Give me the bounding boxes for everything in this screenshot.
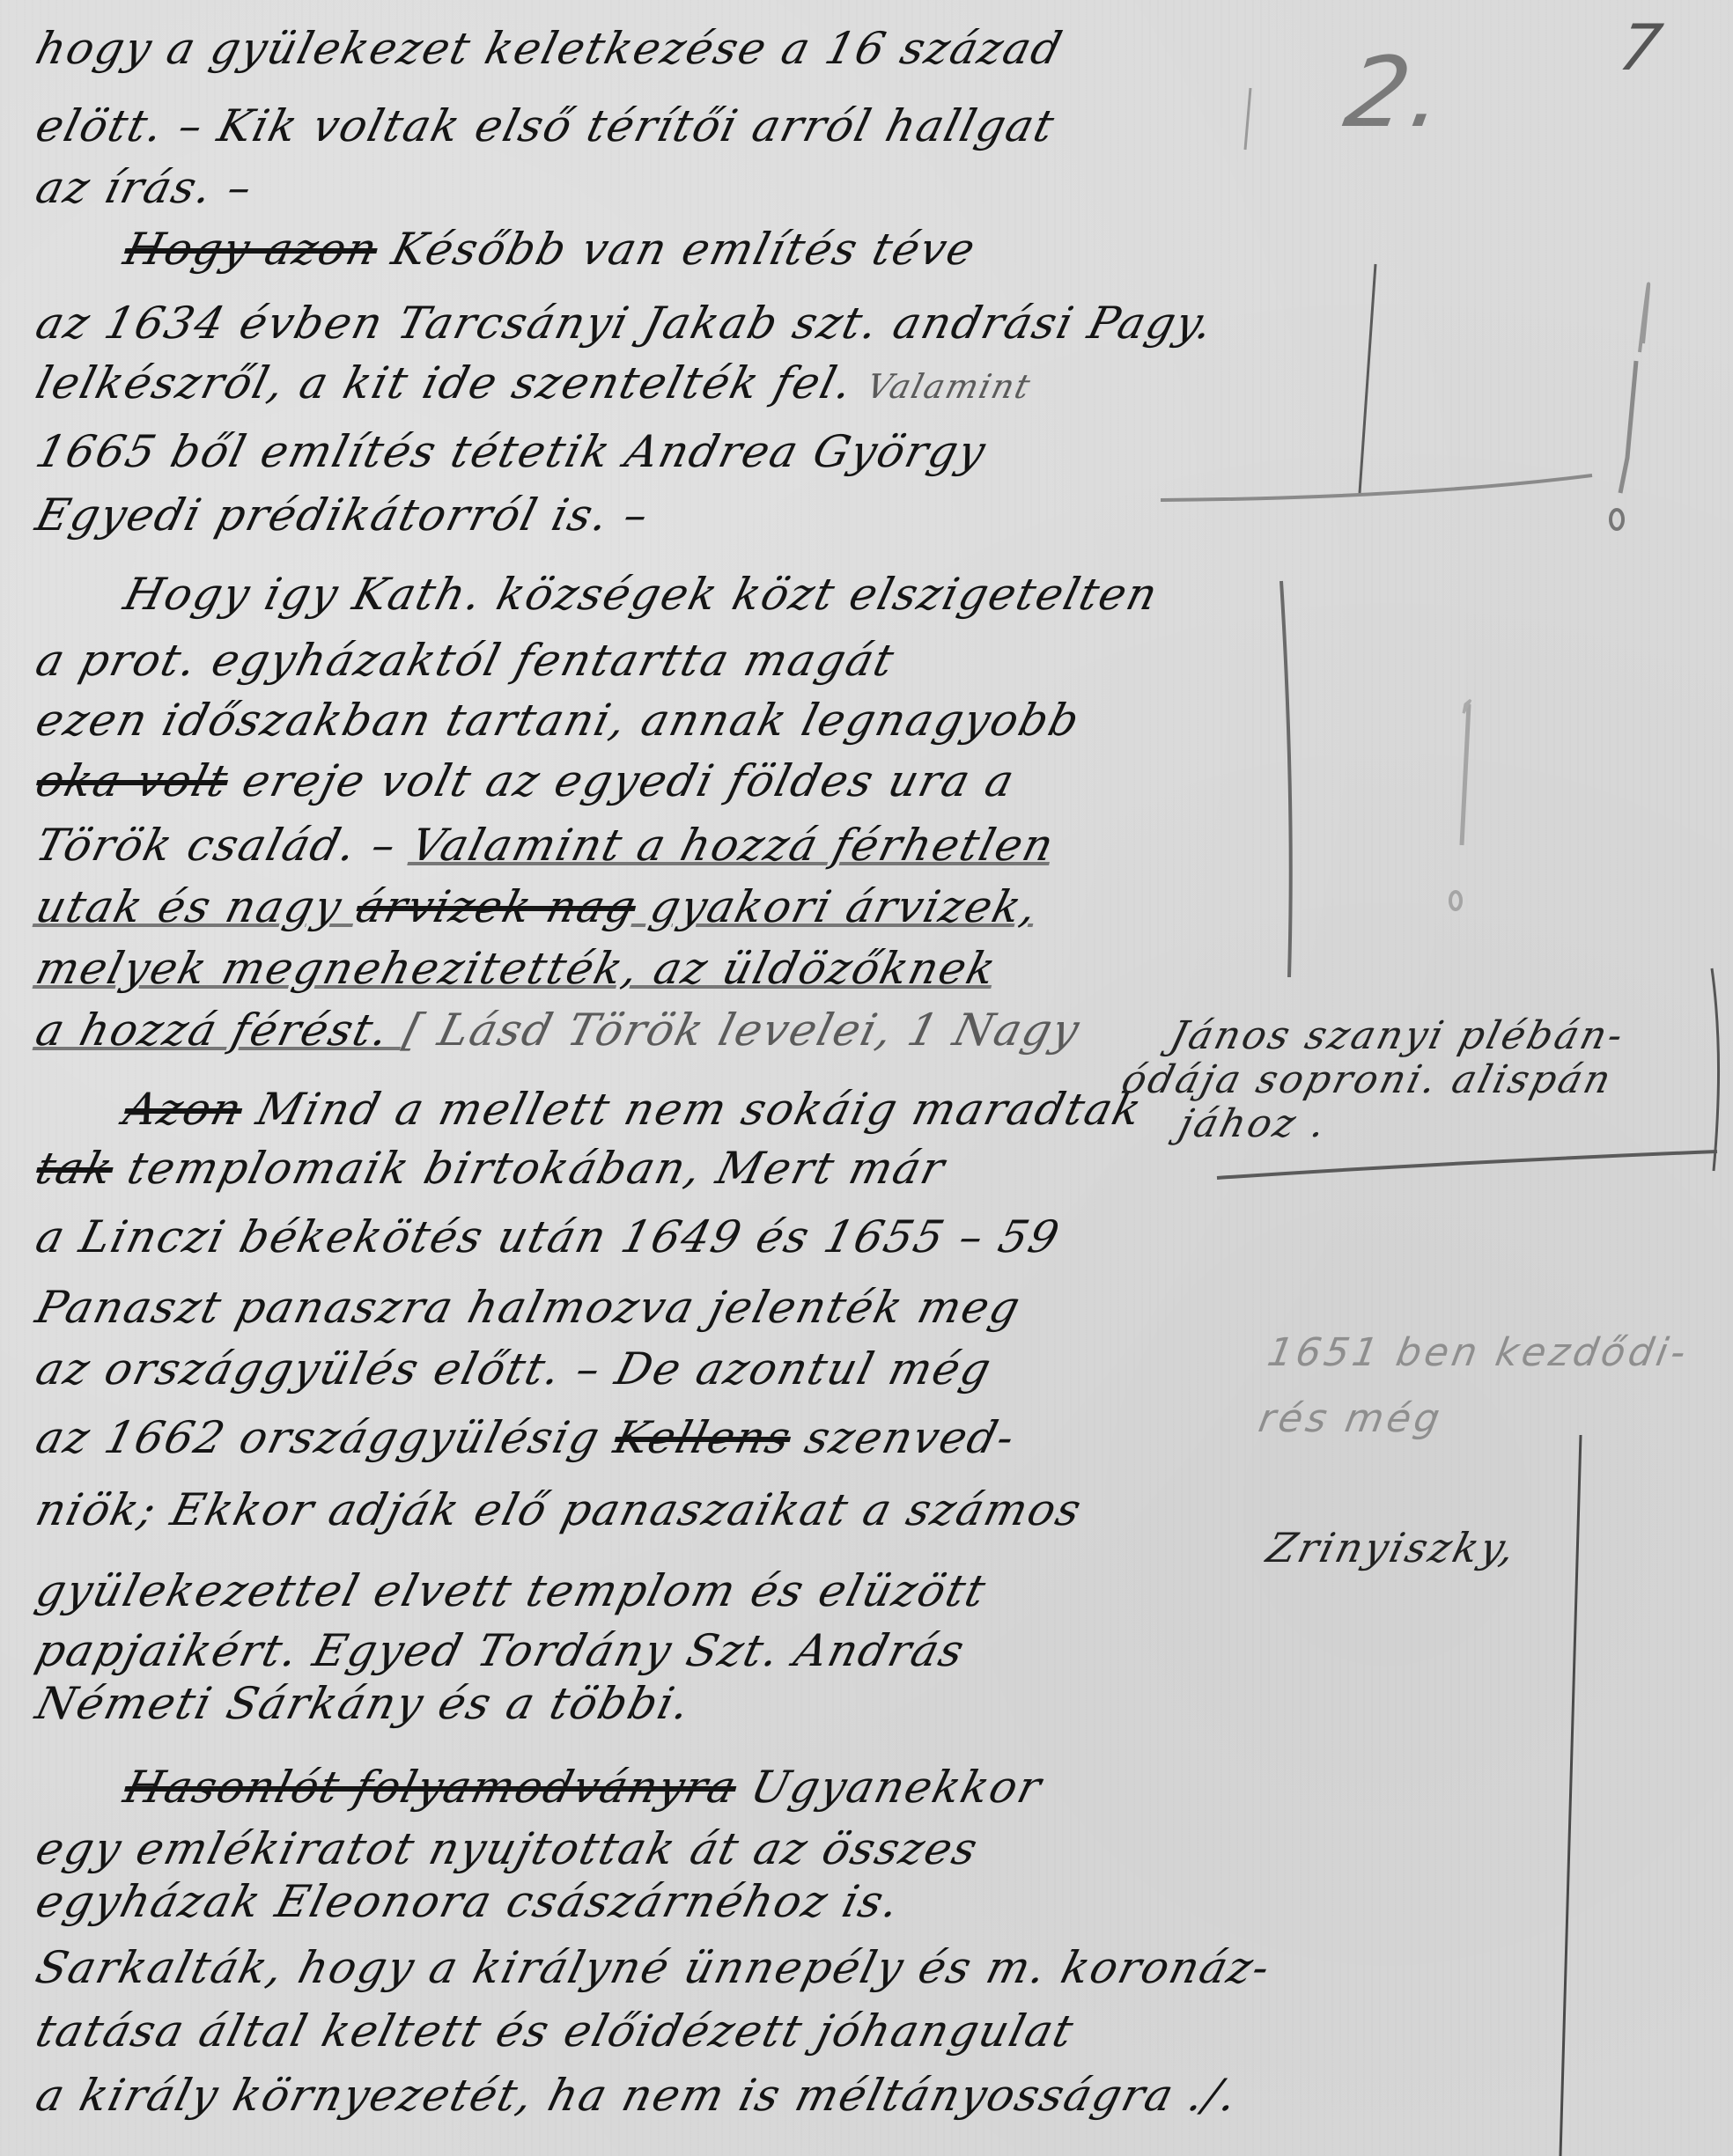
text-line-17: Azon Mind a mellett nem sokáig maradtak <box>32 1087 1147 1131</box>
margin-name-note: Zrinyiszky, <box>1263 1527 1522 1568</box>
text-line-27: Hasonlót folyamodványra Ugyanekkor <box>32 1765 1047 1809</box>
text-line-16: a hozzá férést. [ Lásd Török levelei, 1 … <box>32 1008 1085 1052</box>
text-line-12: oka volt ereje volt az egyedi földes ura… <box>32 759 1020 803</box>
text-line-15: melyek megnehezitették, az üldözőknek <box>32 946 1001 990</box>
text-line-9: Hogy igy Kath. községek közt elszigetelt… <box>32 572 1163 616</box>
text-line-8: Egyedi prédikátorról is. – <box>32 493 654 537</box>
text-line-4: Hogy azon Később van említés téve <box>32 227 981 271</box>
text-line-18: tak templomaik birtokában, Mert már <box>32 1146 950 1190</box>
text-line-32: a király környezetét, ha nem is méltányo… <box>32 2073 1243 2117</box>
text-line-11: ezen időszakban tartani, annak legnagyob… <box>32 698 1085 742</box>
text-line-7: 1665 ből említés tétetik Andrea György <box>32 430 991 474</box>
text-line-2: elött. – Kik voltak első térítői arról h… <box>32 104 1059 148</box>
text-line-22: az 1662 országgyülésig Kellens szenved- <box>32 1416 1021 1460</box>
text-line-23: niök; Ekkor adják elő panaszaikat a szám… <box>32 1488 1087 1532</box>
text-line-19: a Linczi békekötés után 1649 és 1655 – 5… <box>32 1215 1065 1259</box>
text-line-25: papjaikért. Egyed Tordány Szt. András <box>32 1629 970 1673</box>
text-line-20: Panaszt panaszra halmozva jelenték meg <box>32 1285 1026 1329</box>
text-line-26: Németi Sárkány és a többi. <box>32 1681 696 1726</box>
text-line-5: az 1634 évben Tarcsányi Jakab szt. andrá… <box>32 301 1219 345</box>
section-number-mark: 2. <box>1338 44 1455 141</box>
text-line-21: az országgyülés előtt. – De azontul még <box>32 1347 997 1391</box>
text-line-28: egy emlékiratot nyujtottak át az összes <box>32 1827 983 1871</box>
text-line-13: Török család. – Valamint a hozzá férhetl… <box>32 823 1059 867</box>
text-line-24: gyülekezettel elvett templom és elüzött <box>32 1569 992 1613</box>
text-line-1: hogy a gyülekezet keletkezése a 16 száza… <box>32 26 1067 70</box>
text-line-3: az írás. – <box>32 166 258 210</box>
text-line-30: Sarkalták, hogy a királyné ünnepély és m… <box>32 1946 1276 1990</box>
text-line-29: egyházak Eleonora császárnéhoz is. <box>32 1880 905 1924</box>
text-line-14: utak és nagy árvizek nag gyakori árvizek… <box>32 885 1043 929</box>
text-line-10: a prot. egyházaktól fentartta magát <box>32 638 900 682</box>
text-line-6: lelkészről, a kit ide szentelték fel. Va… <box>32 361 1037 405</box>
text-line-31: tatása által keltett és előidézett jóhan… <box>32 2009 1079 2053</box>
